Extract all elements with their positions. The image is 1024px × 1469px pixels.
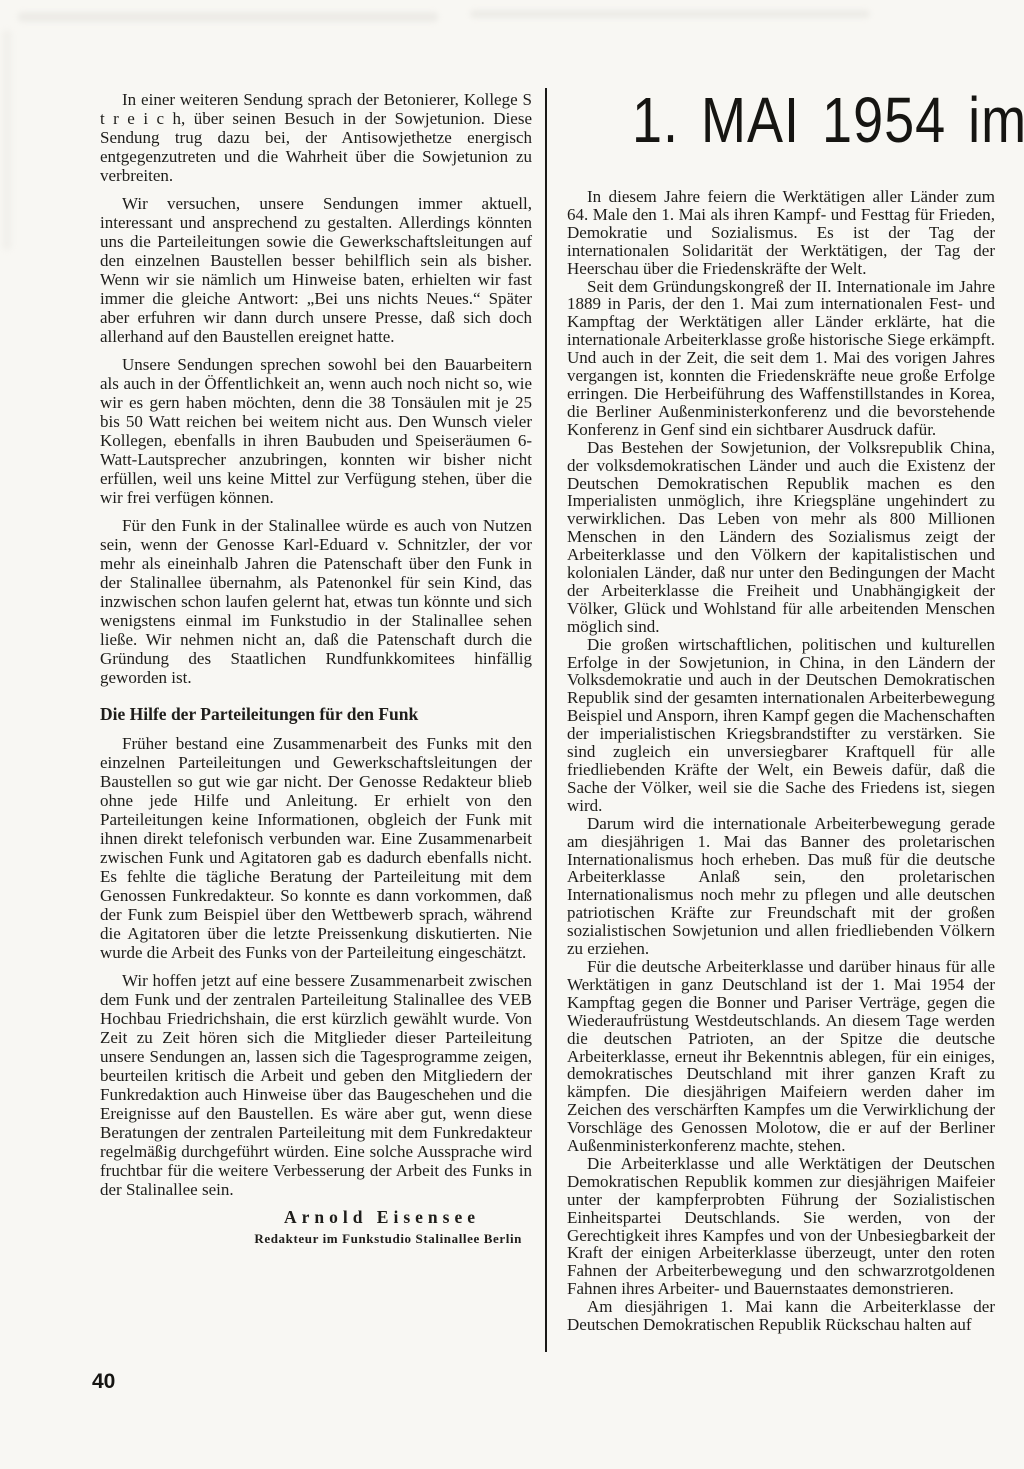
- paragraph: Seit dem Gründungskongreß der II. Intern…: [567, 278, 995, 439]
- paragraph: Am diesjährigen 1. Mai kann die Arbeiter…: [567, 1298, 995, 1334]
- left-column: In einer weiteren Sendung sprach der Bet…: [100, 90, 532, 1248]
- page-number: 40: [92, 1370, 115, 1394]
- paragraph: Für den Funk in der Stalinallee würde es…: [100, 516, 532, 687]
- paragraph: Für die deutsche Arbeiterklasse und darü…: [567, 958, 995, 1155]
- paragraph: In diesem Jahre feiern die Werktätigen a…: [567, 188, 995, 278]
- scan-smudge: [2, 30, 12, 250]
- paragraph: Früher bestand eine Zusammenarbeit des F…: [100, 734, 532, 962]
- section-heading: Die Hilfe der Parteileitungen für den Fu…: [100, 705, 532, 724]
- magazine-page: 1. MAI 1954 im In einer weiteren Sendung…: [0, 0, 1024, 1469]
- paragraph: In einer weiteren Sendung sprach der Bet…: [100, 90, 532, 185]
- author-signature: Arnold Eisensee: [100, 1208, 532, 1227]
- paragraph: Unsere Sendungen sprechen sowohl bei den…: [100, 355, 532, 507]
- paragraph: Die großen wirtschaftlichen, politischen…: [567, 636, 995, 815]
- article-headline: 1. MAI 1954 im: [632, 84, 1024, 157]
- scan-smudge: [18, 12, 438, 22]
- paragraph: Wir versuchen, unsere Sendungen immer ak…: [100, 194, 532, 346]
- author-role: Redakteur im Funkstudio Stalinallee Berl…: [100, 1229, 532, 1248]
- paragraph: Das Bestehen der Sowjetunion, der Volksr…: [567, 439, 995, 636]
- scan-smudge: [470, 10, 870, 18]
- column-divider-rule: [545, 88, 547, 1352]
- paragraph: Darum wird die internationale Arbeiterbe…: [567, 815, 995, 958]
- right-column: In diesem Jahre feiern die Werktätigen a…: [567, 188, 995, 1334]
- paragraph: Wir hoffen jetzt auf eine bessere Zusamm…: [100, 971, 532, 1199]
- paragraph: Die Arbeiterklasse und alle Werktätigen …: [567, 1155, 995, 1298]
